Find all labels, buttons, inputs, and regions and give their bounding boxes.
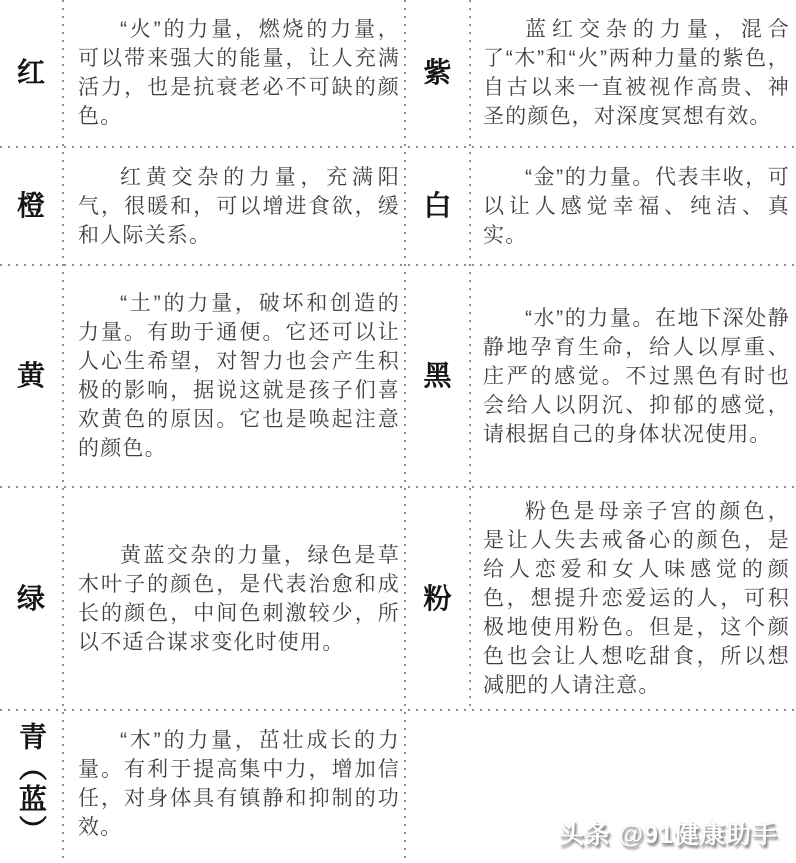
color-desc-cyan-blue-text: “木”的力量，茁壮成长的力量。有利于提高集中力，增加信任，对身体具有镇静和抑制的… (78, 726, 400, 842)
color-label-orange-text: 橙 (17, 192, 45, 220)
color-desc-black: “水”的力量。在地下深处静静地孕育生命，给人以厚重、庄严的感觉。不过黑色有时也会… (483, 266, 790, 486)
toutiao-watermark: 头条 @91健康助手 (559, 815, 778, 851)
color-desc-green: 黄蓝交杂的力量，绿色是草木叶子的颜色，是代表治愈和成长的颜色，中间色刺激较少，所… (78, 488, 400, 709)
color-label-cyan-blue-text: 青（蓝） (17, 722, 45, 846)
color-desc-yellow-text: “土”的力量，破坏和创造的力量。有助于通便。它还可以让人心生希望，对智力也会产生… (78, 289, 400, 463)
color-desc-red: “火”的力量，燃烧的力量，可以带来强大的能量，让人充满活力，也是抗衰老必不可缺的… (78, 0, 400, 146)
color-label-red-text: 红 (17, 59, 45, 87)
color-label-orange: 橙 (0, 148, 62, 264)
color-label-red: 红 (0, 0, 62, 146)
color-label-black: 黑 (406, 266, 469, 486)
color-desc-yellow: “土”的力量，破坏和创造的力量。有助于通便。它还可以让人心生希望，对智力也会产生… (78, 266, 400, 486)
color-desc-red-text: “火”的力量，燃烧的力量，可以带来强大的能量，让人充满活力，也是抗衰老必不可缺的… (78, 15, 400, 131)
color-label-pink-text: 粉 (423, 585, 451, 613)
color-desc-white-text: “金”的力量。代表丰收，可以让人感觉幸福、纯洁、真实。 (483, 163, 790, 250)
color-desc-orange: 红黄交杂的力量，充满阳气，很暖和，可以增进食欲，缓和人际关系。 (78, 148, 400, 264)
left-label-divider (62, 0, 64, 863)
color-label-yellow: 黄 (0, 266, 62, 486)
color-desc-purple-text: 蓝红交杂的力量，混合了“木”和“火”两种力量的紫色，自古以来一直被视作高贵、神圣… (483, 15, 790, 131)
color-desc-orange-text: 红黄交杂的力量，充满阳气，很暖和，可以增进食欲，缓和人际关系。 (78, 163, 400, 250)
color-label-cyan-blue: 青（蓝） (0, 711, 62, 857)
color-power-table-page: 红 橙 黄 绿 青（蓝） “火”的力量，燃烧的力量，可以带来强大的能量，让人充满… (0, 0, 796, 863)
color-label-green: 绿 (0, 488, 62, 709)
right-label-divider (469, 0, 471, 709)
color-label-black-text: 黑 (423, 362, 451, 390)
color-desc-white: “金”的力量。代表丰收，可以让人感觉幸福、纯洁、真实。 (483, 148, 790, 264)
color-label-white-text: 白 (423, 192, 451, 220)
color-desc-green-text: 黄蓝交杂的力量，绿色是草木叶子的颜色，是代表治愈和成长的颜色，中间色刺激较少，所… (78, 541, 400, 657)
color-desc-pink: 粉色是母亲子宫的颜色，是让人失去戒备心的颜色，是给人恋爱和女人味感觉的颜色，想提… (483, 488, 790, 709)
color-label-purple-text: 紫 (423, 59, 451, 87)
color-desc-pink-text: 粉色是母亲子宫的颜色，是让人失去戒备心的颜色，是给人恋爱和女人味感觉的颜色，想提… (483, 497, 790, 700)
color-label-green-text: 绿 (17, 585, 45, 613)
color-label-pink: 粉 (406, 488, 469, 709)
color-desc-purple: 蓝红交杂的力量，混合了“木”和“火”两种力量的紫色，自古以来一直被视作高贵、神圣… (483, 0, 790, 146)
color-label-yellow-text: 黄 (17, 362, 45, 390)
color-desc-black-text: “水”的力量。在地下深处静静地孕育生命，给人以厚重、庄严的感觉。不过黑色有时也会… (483, 304, 790, 449)
color-label-white: 白 (406, 148, 469, 264)
color-desc-cyan-blue: “木”的力量，茁壮成长的力量。有利于提高集中力，增加信任，对身体具有镇静和抑制的… (78, 711, 400, 857)
color-label-purple: 紫 (406, 0, 469, 146)
